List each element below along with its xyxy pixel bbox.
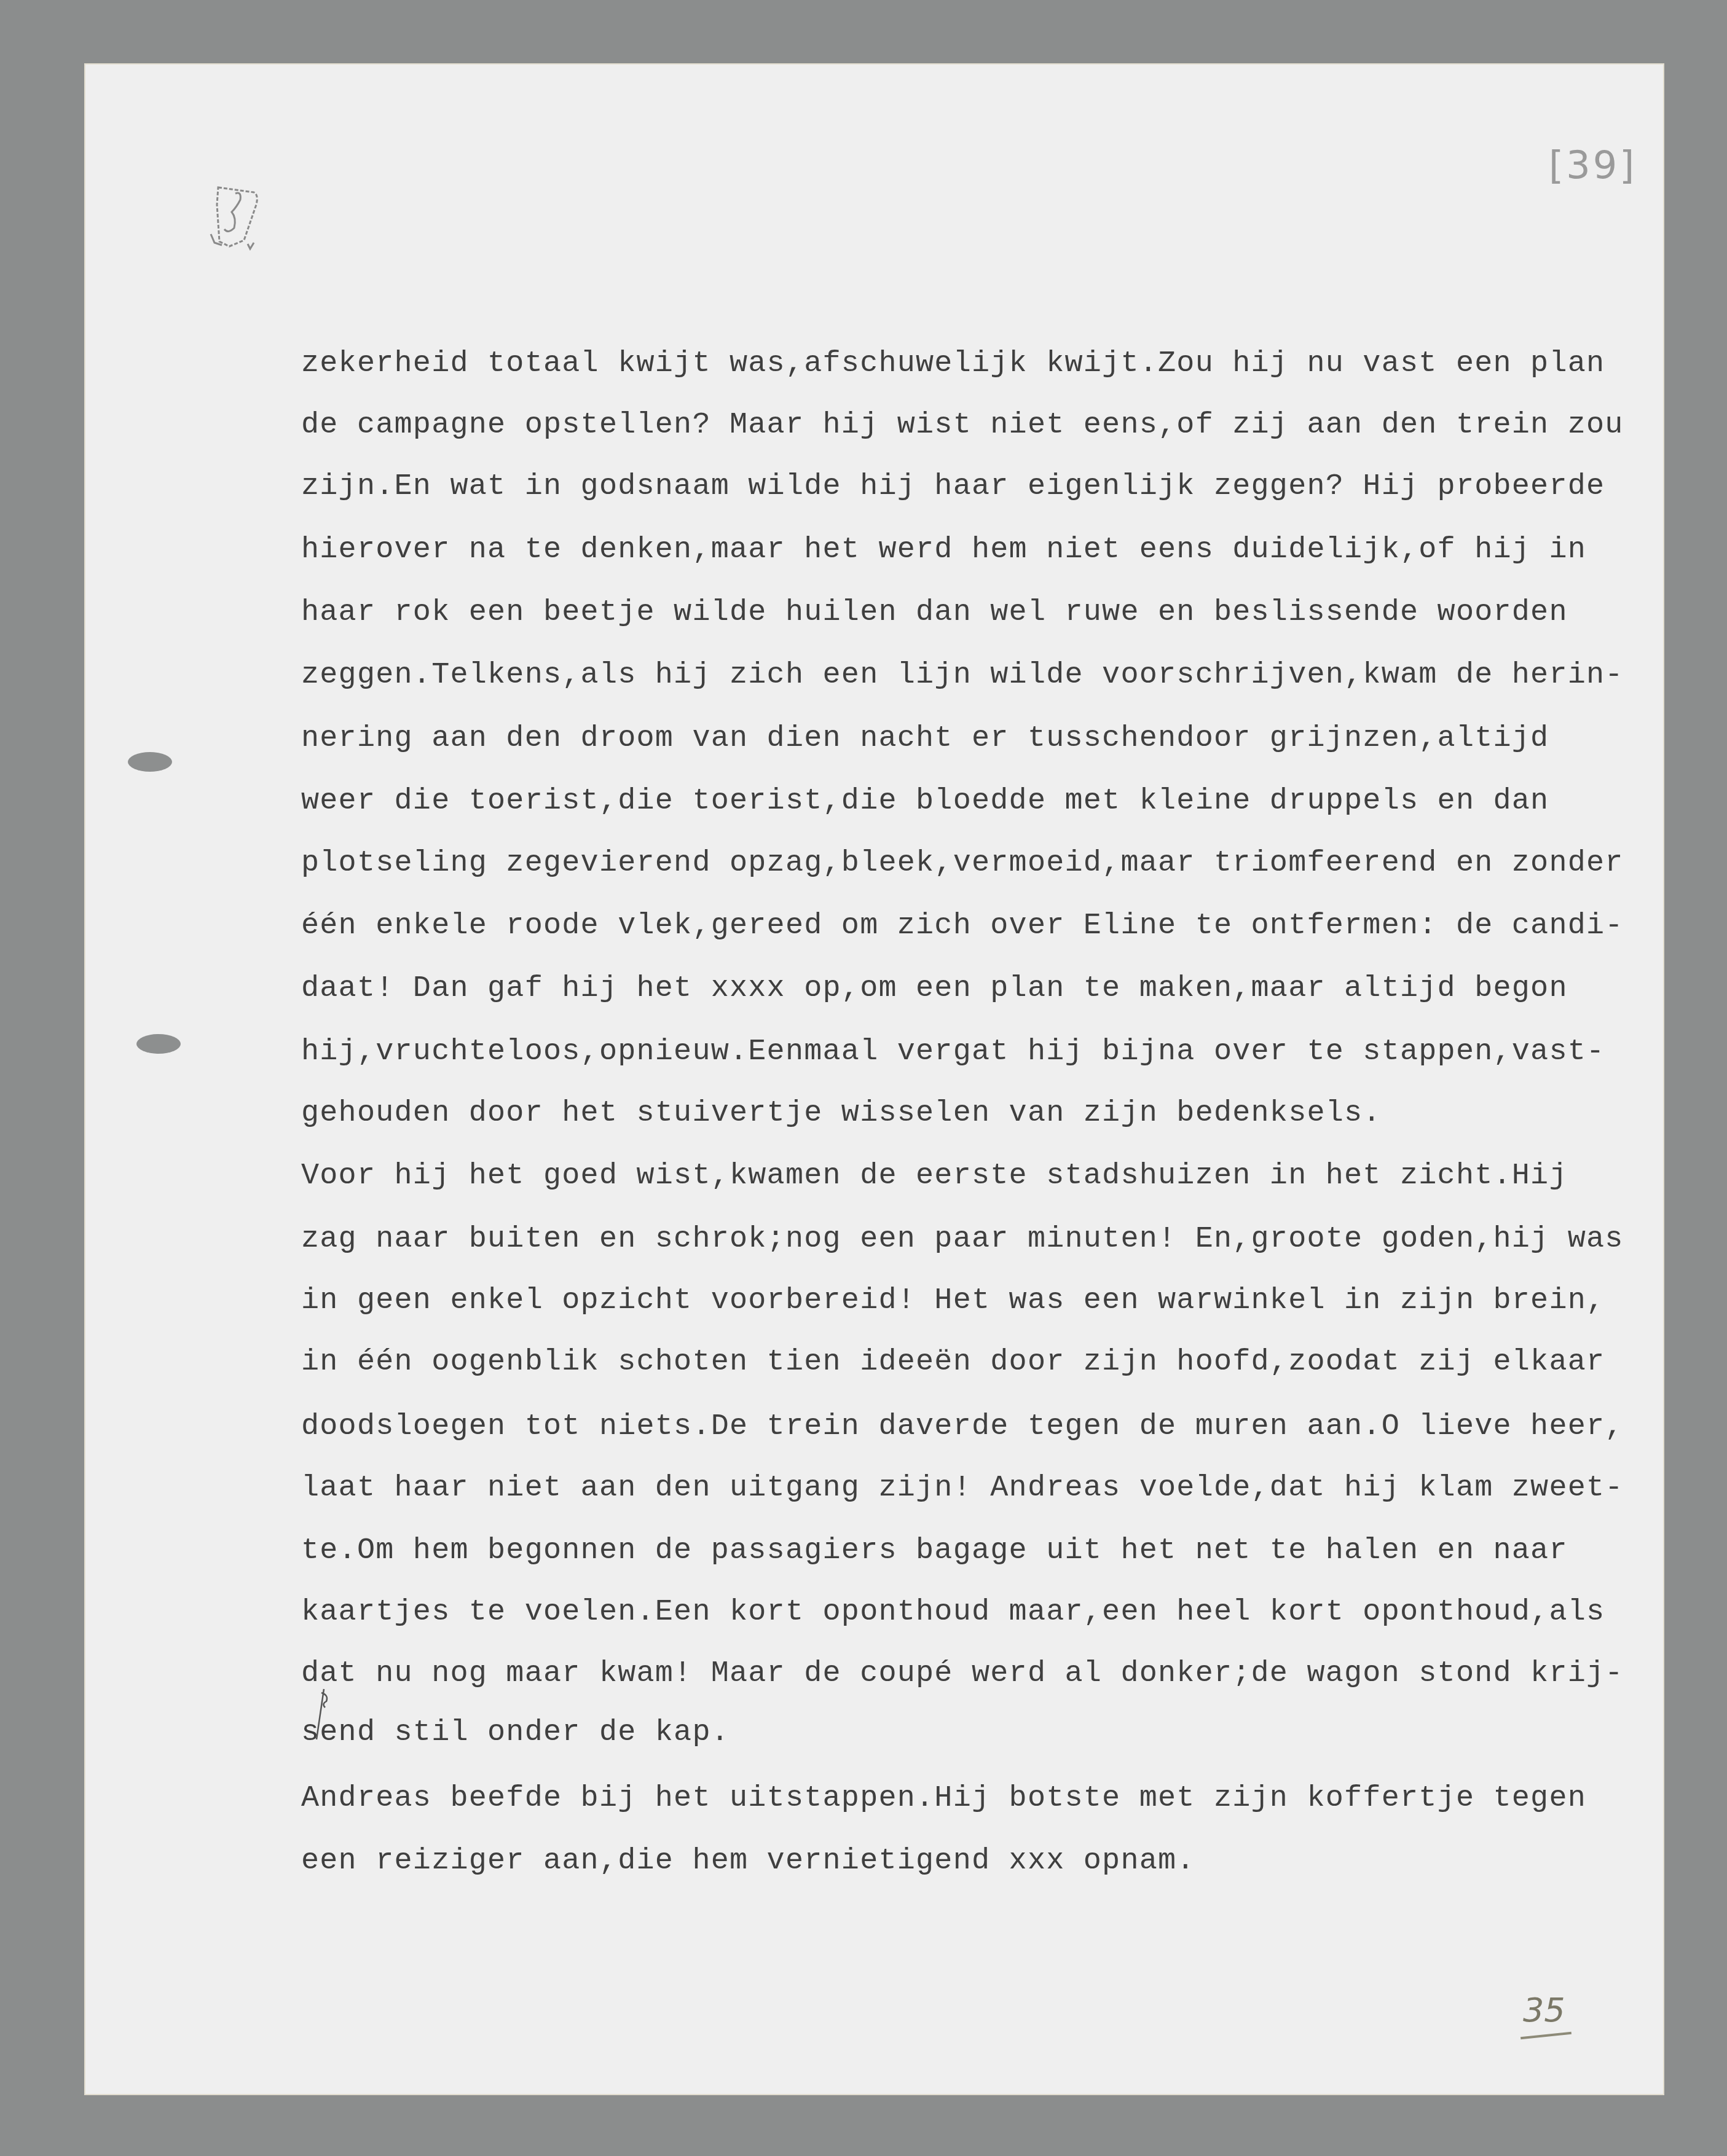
text-line: nering aan den droom van dien nacht er t… — [301, 720, 1549, 757]
text-line: hierover na te denken,maar het werd hem … — [301, 531, 1586, 568]
text-line: hij,vruchteloos,opnieuw.Eenmaal vergat h… — [301, 1033, 1605, 1070]
text-line: in geen enkel opzicht voorbereid! Het wa… — [301, 1282, 1605, 1319]
text-line: de campagne opstellen? Maar hij wist nie… — [301, 407, 1624, 444]
text-line: dat nu nog maar kwam! Maar de coupé werd… — [301, 1655, 1624, 1692]
text-line: doodsloegen tot niets.De trein daverde t… — [301, 1408, 1624, 1445]
text-line: zag naar buiten en schrok;nog een paar m… — [301, 1221, 1624, 1258]
text-line: in één oogenblik schoten tien ideeën doo… — [301, 1344, 1605, 1381]
page-number: 35 — [1523, 1991, 1565, 2029]
text-line: gehouden door het stuivertje wisselen va… — [301, 1095, 1382, 1132]
text-line: kaartjes te voelen.Een kort oponthoud ma… — [301, 1594, 1605, 1631]
text-line: plotseling zegevierend opzag,bleek,vermo… — [301, 845, 1624, 882]
library-stamp-icon — [206, 180, 267, 251]
text-line: een reiziger aan,die hem vernietigend xx… — [301, 1843, 1195, 1880]
text-line: zekerheid totaal kwijt was,afschuwelijk … — [301, 345, 1605, 382]
text-line: haar rok een beetje wilde huilen dan wel… — [301, 594, 1568, 631]
text-line: Voor hij het goed wist,kwamen de eerste … — [301, 1158, 1568, 1194]
text-line: te.Om hem begonnen de passagiers bagage … — [301, 1532, 1568, 1569]
text-line: Andreas beefde bij het uitstappen.Hij bo… — [301, 1780, 1586, 1817]
text-line: zijn.En wat in godsnaam wilde hij haar e… — [301, 468, 1605, 505]
text-line: zeggen.Telkens,als hij zich een lijn wil… — [301, 657, 1624, 694]
punch-hole — [128, 752, 172, 772]
text-line: send stil onder de kap. — [301, 1714, 730, 1751]
text-line: daat! Dan gaf hij het xxxx op,om een pla… — [301, 970, 1568, 1007]
archive-number: [39] — [1549, 143, 1637, 187]
text-line: één enkele roode vlek,gereed om zich ove… — [301, 907, 1624, 944]
text-line: laat haar niet aan den uitgang zijn! And… — [301, 1470, 1624, 1507]
punch-hole — [136, 1034, 181, 1054]
handwritten-correction-mark — [310, 1687, 335, 1742]
text-line: weer die toerist,die toerist,die bloedde… — [301, 783, 1549, 820]
